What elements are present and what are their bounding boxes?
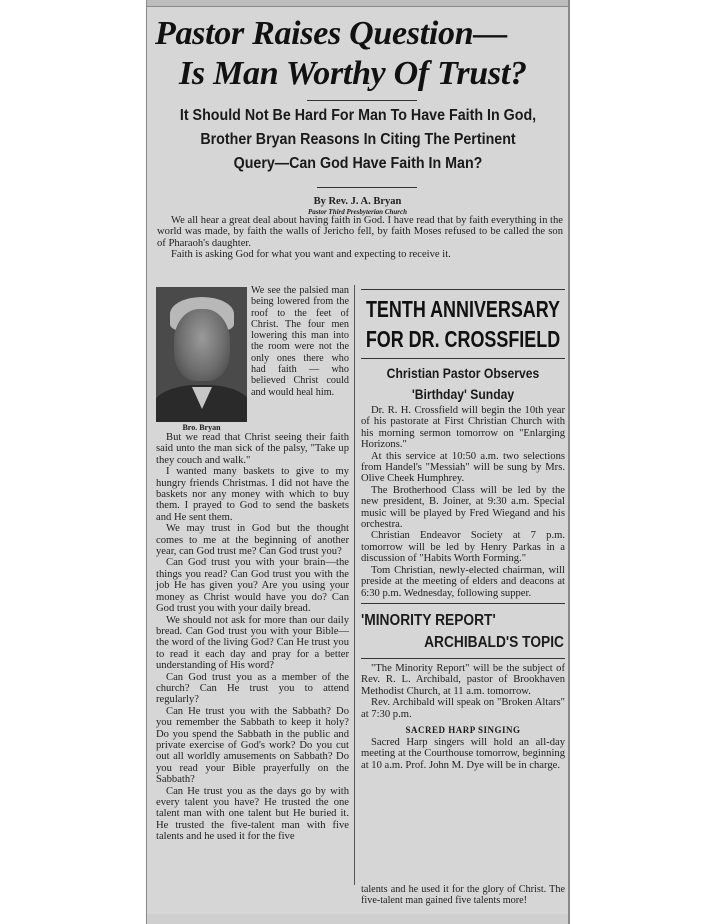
sidebar-stories: TENTH ANNIVERSARY FOR DR. CROSSFIELD Chr…	[361, 285, 565, 771]
crossfield-headline: TENTH ANNIVERSARY FOR DR. CROSSFIELD	[360, 294, 566, 354]
column-separator	[354, 285, 355, 885]
story-paragraph: Sacred Harp singers will hold an all-day…	[361, 737, 565, 771]
body-paragraph: Can God trust you with your brain—the th…	[156, 557, 349, 614]
minority-story-body: "The Minority Report" will be the subjec…	[361, 663, 565, 720]
deck-line-1: It Should Not Be Hard For Man To Have Fa…	[169, 104, 546, 128]
sacred-harp-body: Sacred Harp singers will hold an all-day…	[361, 737, 565, 771]
intro-paragraph: Faith is asking God for what you want an…	[157, 249, 563, 260]
crossfield-subhead: Christian Pastor Observes 'Birthday' Sun…	[360, 363, 565, 405]
body-paragraph: We may trust in God but the thought come…	[156, 523, 349, 557]
deck-line-3: Query—Can God Have Faith In Man?	[169, 152, 546, 176]
body-paragraph: We should not ask for more than our dail…	[156, 615, 349, 672]
clipped-top-strip	[147, 0, 568, 7]
article-continuation: talents and he used it for the glory of …	[361, 884, 565, 907]
newspaper-clipping: Pastor Raises Question— Is Man Worthy Of…	[147, 0, 568, 924]
article-intro: We all hear a great deal about having fa…	[157, 215, 563, 261]
article-deck: It Should Not Be Hard For Man To Have Fa…	[169, 104, 546, 176]
body-paragraph: Can God trust you as a member of the chu…	[156, 672, 349, 706]
story-paragraph: Rev. Archibald will speak on "Broken Alt…	[361, 697, 565, 720]
continuation-paragraph: talents and he used it for the glory of …	[361, 884, 565, 907]
story-paragraph: At this service at 10:50 a.m. two select…	[361, 451, 565, 485]
intro-paragraph: We all hear a great deal about having fa…	[157, 215, 563, 249]
story-paragraph: "The Minority Report" will be the subjec…	[361, 663, 565, 697]
story-paragraph: Dr. R. H. Crossfield will begin the 10th…	[361, 405, 565, 451]
story-paragraph: The Brotherhood Class will be led by the…	[361, 485, 565, 531]
deck-rule	[317, 187, 417, 188]
story-paragraph: Christian Endeavor Society at 7 p.m. tom…	[361, 530, 565, 564]
article-left-column: But we read that Christ seeing their fai…	[156, 432, 349, 843]
page-right-edge	[568, 0, 570, 924]
headline-line-2: Is Man Worthy Of Trust?	[155, 54, 563, 94]
headline-rule	[307, 100, 417, 101]
body-paragraph: But we read that Christ seeing their fai…	[156, 432, 349, 466]
minority-headline: 'MINORITY REPORT' ARCHIBALD'S TOPIC	[361, 610, 564, 654]
byline-name: By Rev. J. A. Bryan	[147, 196, 568, 207]
clipped-bottom-strip	[147, 914, 568, 924]
body-paragraph: Can He trust you as the days go by with …	[156, 786, 349, 843]
body-paragraph: I wanted many baskets to give to my hung…	[156, 466, 349, 523]
photo-caption: Bro. Bryan	[156, 423, 247, 432]
deck-line-2: Brother Bryan Reasons In Citing The Pert…	[169, 128, 546, 152]
body-paragraph: Can He trust you with the Sabbath? Do yo…	[156, 706, 349, 786]
crossfield-story-body: Dr. R. H. Crossfield will begin the 10th…	[361, 405, 565, 599]
article-wrap-text: We see the palsied man being lowered fro…	[251, 285, 349, 398]
article-headline: Pastor Raises Question— Is Man Worthy Of…	[155, 14, 563, 94]
wrap-paragraph: We see the palsied man being lowered fro…	[251, 285, 349, 398]
pastor-photo	[156, 287, 247, 422]
story-paragraph: Tom Christian, newly-elected chairman, w…	[361, 565, 565, 599]
sacred-harp-heading: SACRED HARP SINGING	[361, 725, 565, 735]
headline-line-1: Pastor Raises Question—	[155, 14, 563, 54]
